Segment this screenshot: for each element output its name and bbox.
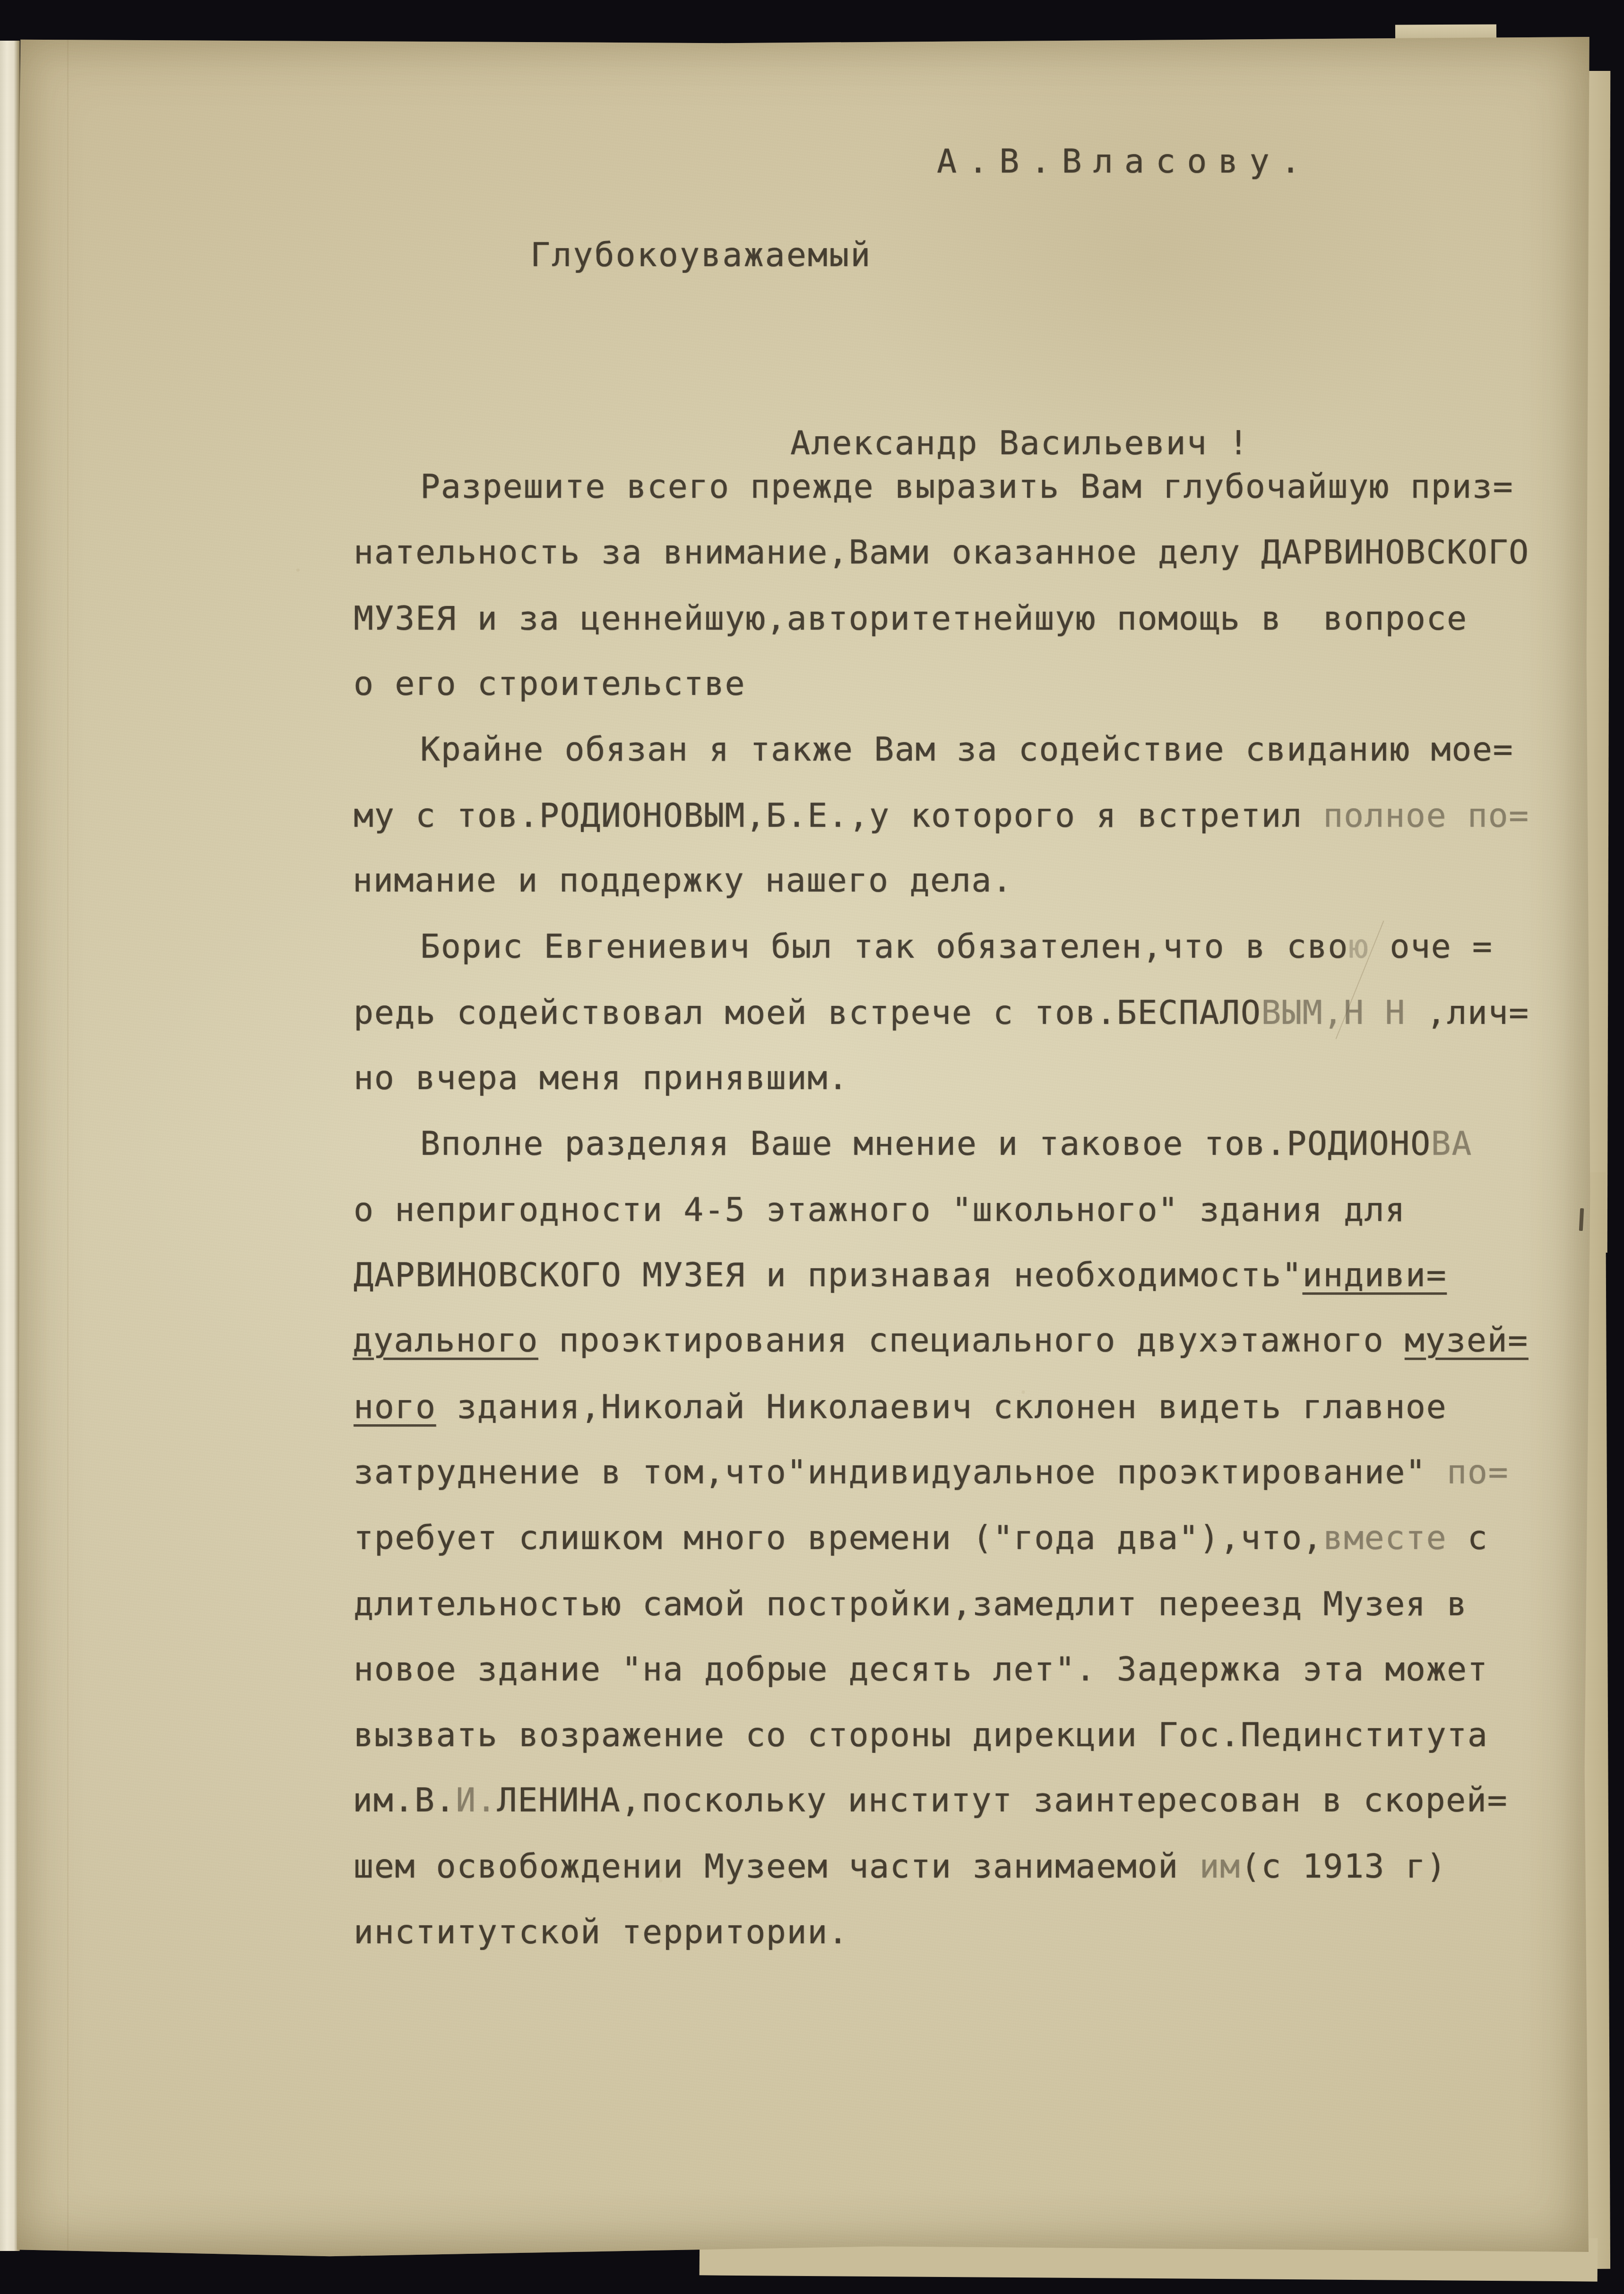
letter-text: о непригодности 4-5 этажного "школьного"…	[354, 1190, 1406, 1229]
letter-text: затруднение в том,что"индивидуальное про…	[354, 1453, 1447, 1491]
letter-line: новое здание "на добрые десять лет". Зад…	[354, 1636, 1592, 1702]
letter-text: но вчера меня принявшим.	[354, 1058, 848, 1097]
letter-line: Вполне разделяя Ваше мнение и таковое то…	[354, 1111, 1592, 1177]
letter-line: ДАРВИНОВСКОГО МУЗЕЯ и признавая необходи…	[354, 1242, 1592, 1308]
letter-line: затруднение в том,что"индивидуальное про…	[354, 1439, 1592, 1505]
letter-text: ВЫМ,Н Н	[1261, 993, 1426, 1032]
letter-line: Борис Евгениевич был так обязателен,что …	[354, 914, 1592, 979]
letter-text: здания,Николай Николаевич склонен видеть…	[436, 1387, 1447, 1426]
letter-text: Вполне разделяя Ваше мнение и таковое то…	[420, 1124, 1431, 1163]
underlying-page-top-sliver	[1395, 24, 1496, 40]
letter-line: му с тов.РОДИОНОВЫМ,Б.Е.,у которого я вс…	[354, 783, 1592, 848]
letter-text: И.	[456, 1781, 497, 1819]
underlined-text: индиви=	[1303, 1255, 1447, 1294]
letter-text: требует слишком много времени ("года два…	[354, 1518, 1323, 1557]
letter-text: новое здание "на добрые десять лет". Зад…	[354, 1650, 1488, 1688]
letter-text: нимание и поддержку нашего дела.	[353, 861, 1013, 900]
letter-text: МУЗЕЯ и за ценнейшую,авторитетнейшую пом…	[354, 599, 1468, 638]
letter-line: шем освобождении Музеем части занимаемой…	[354, 1834, 1592, 1899]
letter-text: ВА	[1431, 1124, 1472, 1163]
letter-text: им	[1199, 1847, 1240, 1886]
letter-text: (с 1913 г)	[1241, 1847, 1447, 1886]
letter-line: требует слишком много времени ("года два…	[354, 1505, 1592, 1571]
letter-line: о его строительстве	[354, 651, 1592, 717]
scanned-letter-page: А.В.Власову. Глубокоуважаемый Александр …	[0, 0, 1624, 2294]
underlined-text: дуального	[353, 1321, 538, 1359]
letter-text: Крайне обязан я также Вам за содействие …	[420, 730, 1513, 769]
letter-text: полное по=	[1323, 796, 1529, 835]
letter-line: нимание и поддержку нашего дела.	[353, 848, 1591, 913]
letter-line: ного здания,Николай Николаевич склонен в…	[354, 1374, 1592, 1440]
letter-sheet: А.В.Власову. Глубокоуважаемый Александр …	[14, 37, 1591, 2259]
letter-text: ,лич=	[1426, 993, 1529, 1032]
letter-text: Борис Евгениевич был так обязателен,что …	[420, 927, 1348, 966]
letter-text: вызвать возражение со стороны дирекции Г…	[354, 1715, 1488, 1754]
letter-text: ЛЕНИНА,поскольку институт заинтересован …	[497, 1781, 1508, 1819]
letter-text: ю	[1348, 927, 1369, 966]
letter-text: о его строительстве	[354, 664, 745, 703]
letter-line: им.В.И.ЛЕНИНА,поскольку институт заинтер…	[353, 1767, 1591, 1833]
letter-text: оче =	[1369, 927, 1493, 966]
letter-line: но вчера меня принявшим.	[354, 1045, 1592, 1111]
letter-text: шем освобождении Музеем части занимаемой	[354, 1847, 1199, 1886]
underlined-text: музей=	[1405, 1321, 1529, 1359]
letter-text: ДАРВИНОВСКОГО МУЗЕЯ и признавая необходи…	[354, 1255, 1303, 1294]
letter-text: по=	[1447, 1453, 1509, 1491]
letter-text: му с тов.РОДИОНОВЫМ,Б.Е.,у которого я вс…	[354, 796, 1323, 835]
letter-line: нательность за внимание,Вами оказанное д…	[354, 519, 1592, 585]
letter-text: проэктирования специального двухэтажного	[538, 1321, 1405, 1359]
paper-crease	[67, 37, 69, 2259]
letter-text: Разрешите всего прежде выразить Вам глуб…	[420, 467, 1513, 506]
letter-recipient: А.В.Власову.	[937, 142, 1312, 181]
letter-line: Крайне обязан я также Вам за содействие …	[354, 717, 1592, 782]
salutation-line-1: Глубокоуважаемый	[530, 235, 872, 274]
letter-line: редь содействовал моей встрече с тов.БЕС…	[354, 980, 1592, 1046]
letter-line: о непригодности 4-5 этажного "школьного"…	[354, 1177, 1592, 1243]
letter-line: дуального проэктирования специального дв…	[353, 1307, 1591, 1373]
letter-text: им.В.	[353, 1781, 456, 1819]
letter-text: редь содействовал моей встрече с тов.БЕС…	[354, 993, 1261, 1032]
letter-text: нательность за внимание,Вами оказанное д…	[354, 533, 1529, 571]
letter-line: МУЗЕЯ и за ценнейшую,авторитетнейшую пом…	[354, 586, 1592, 651]
letter-text: с	[1447, 1518, 1488, 1557]
letter-text: вместе	[1323, 1518, 1447, 1557]
letter-text: длительностью самой постройки,замедлит п…	[354, 1584, 1468, 1623]
letter-text: институтской территории.	[354, 1913, 848, 1951]
letter-line: Разрешите всего прежде выразить Вам глуб…	[354, 454, 1592, 519]
letter-line: длительностью самой постройки,замедлит п…	[354, 1571, 1592, 1637]
underlined-text: ного	[354, 1387, 436, 1426]
letter-line: институтской территории.	[354, 1899, 1592, 1965]
letter-body: Разрешите всего прежде выразить Вам глуб…	[354, 454, 1592, 1965]
letter-line: вызвать возражение со стороны дирекции Г…	[354, 1702, 1592, 1768]
